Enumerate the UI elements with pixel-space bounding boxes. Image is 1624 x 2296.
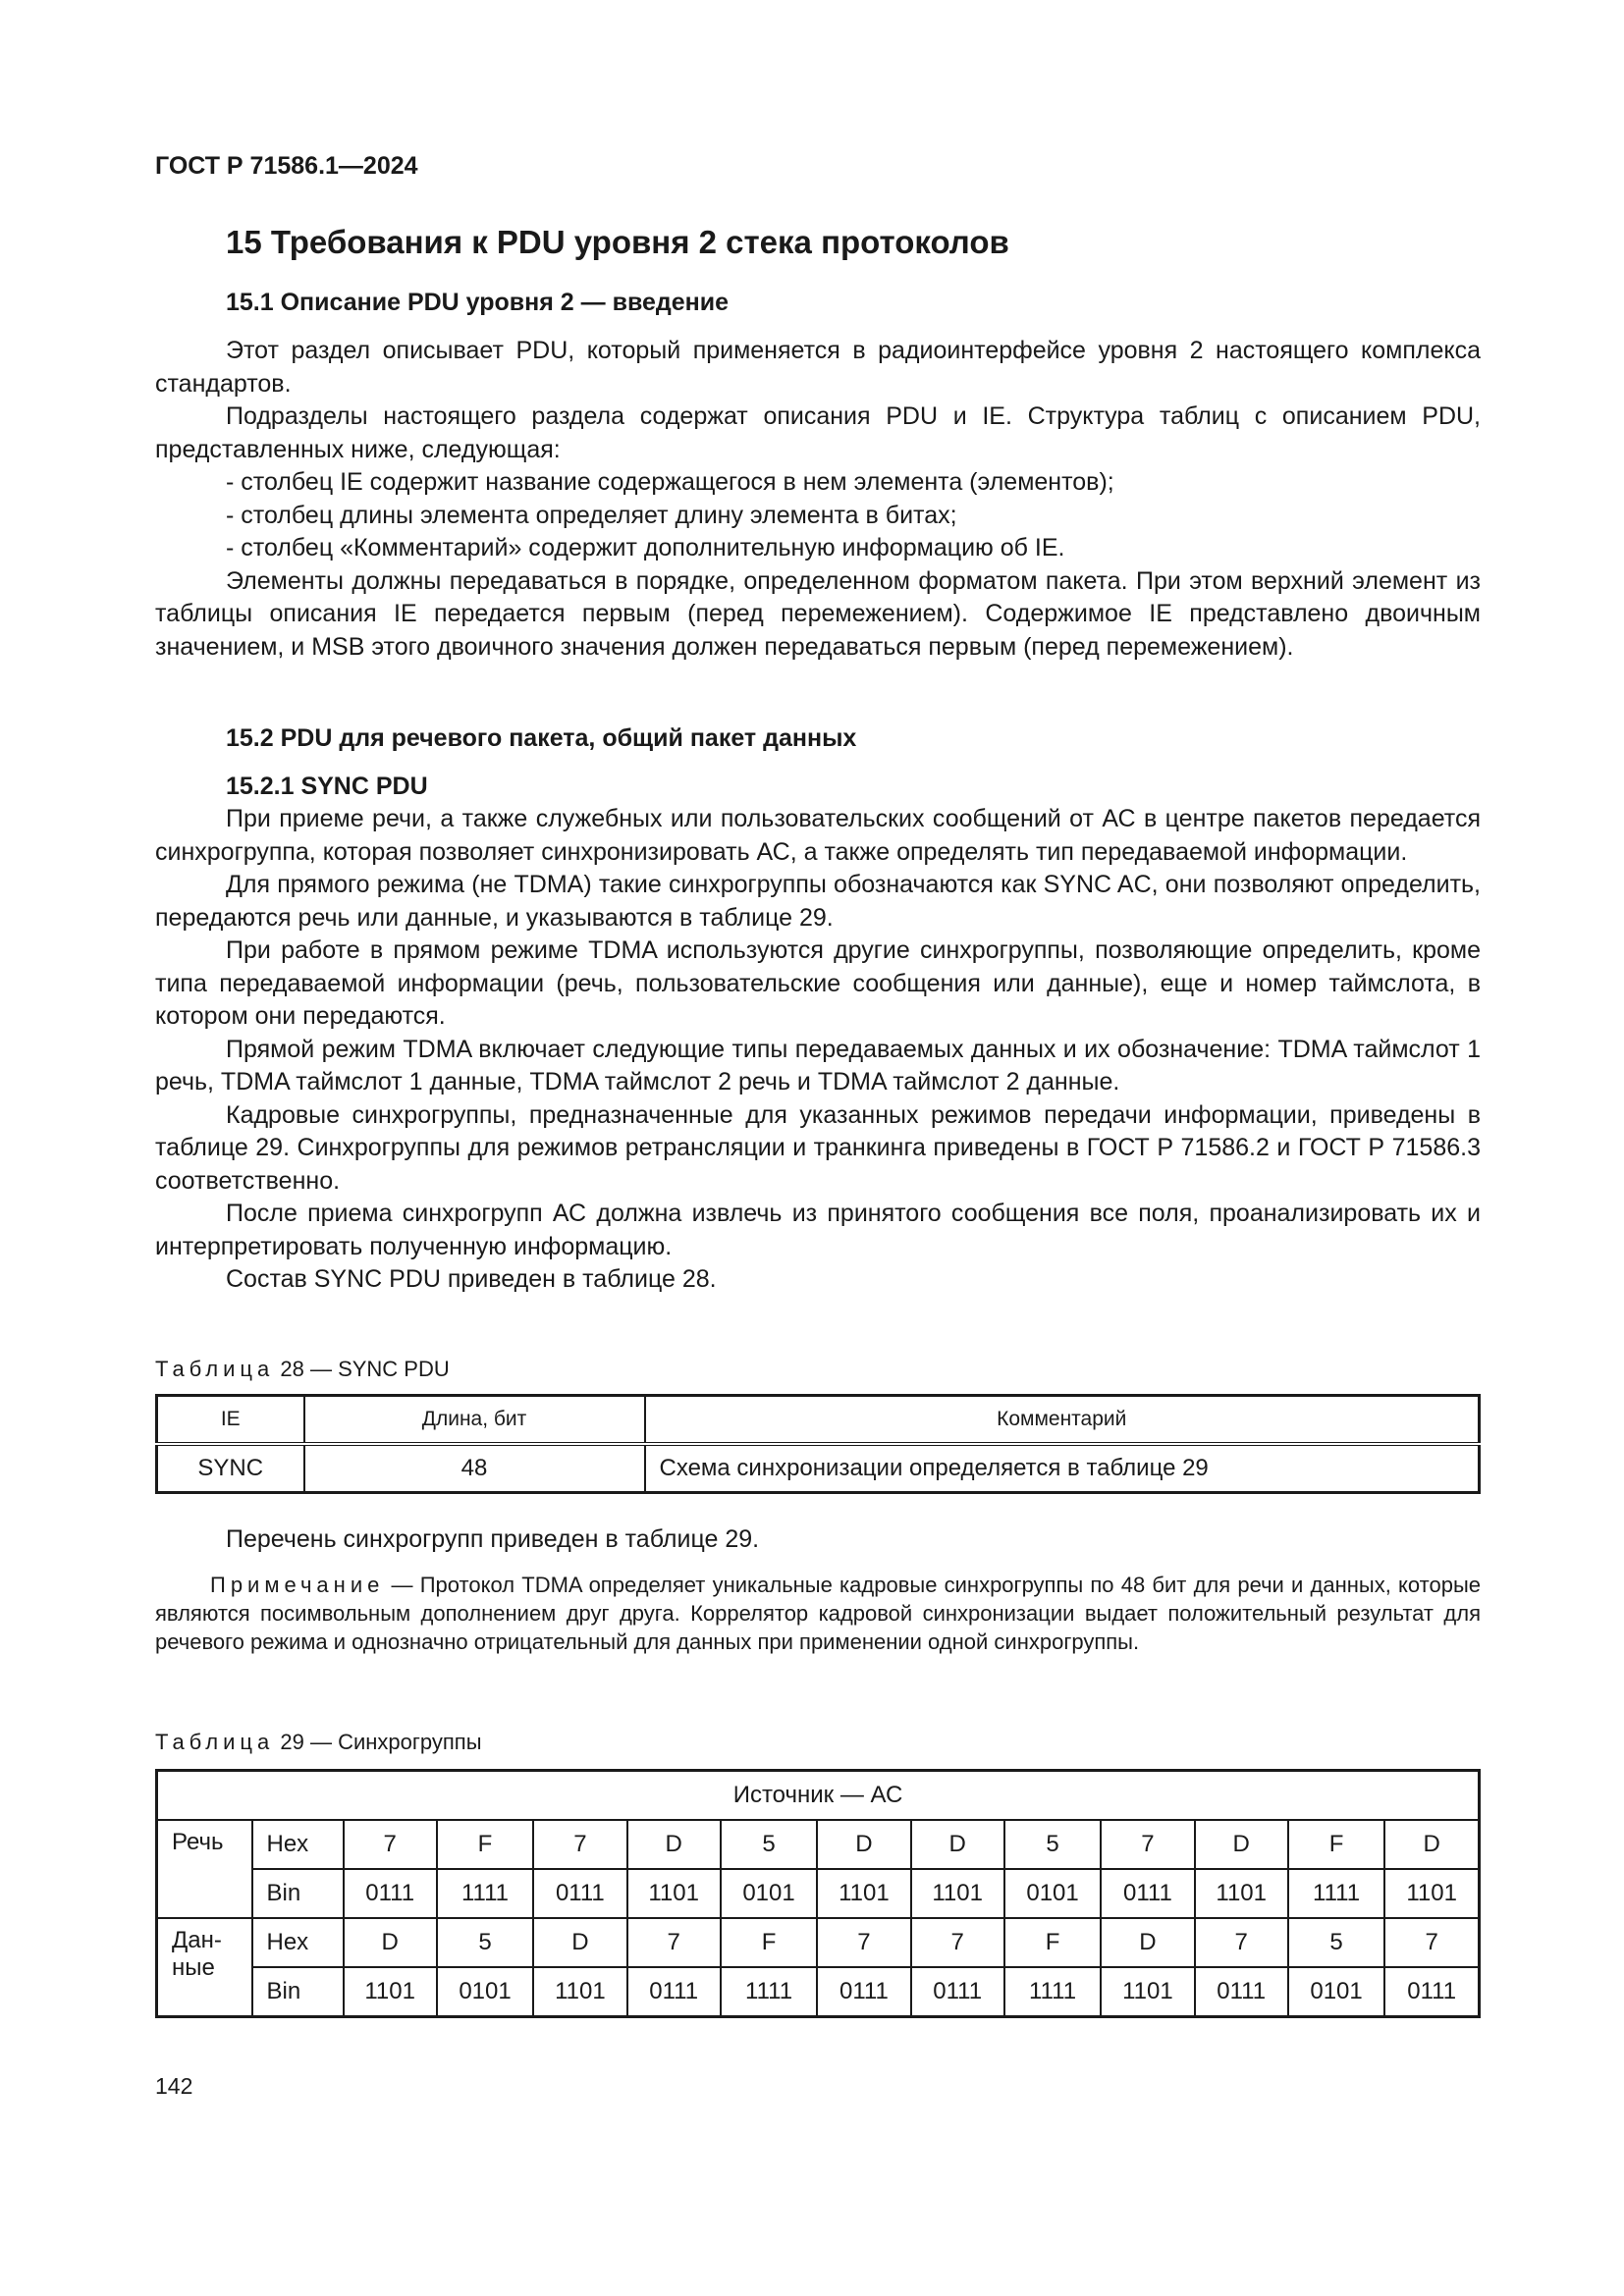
paragraph: Кадровые синхрогруппы, предназначенные д… [155, 1099, 1481, 1199]
hex-cell: F [1004, 1918, 1101, 1967]
hex-cell: F [721, 1918, 817, 1967]
paragraph: Подразделы настоящего раздела содержат о… [155, 400, 1481, 466]
paragraph: Состав SYNC PDU приведен в таблице 28. [155, 1263, 1481, 1297]
bin-cell: 1111 [1288, 1869, 1384, 1918]
list-item: - столбец длины элемента определяет длин… [155, 500, 1481, 533]
bin-cell: 1101 [533, 1967, 626, 2017]
bin-cell: 0111 [344, 1869, 437, 1918]
bin-cell: 0101 [1288, 1967, 1384, 2017]
table-28-caption: Таблица 28 — SYNC PDU [155, 1357, 450, 1382]
hex-cell: D [817, 1820, 910, 1869]
source-header: Источник — АС [157, 1771, 1480, 1821]
hex-cell: D [344, 1918, 437, 1967]
table-row: Bin1101010111010111111101110111111111010… [157, 1967, 1480, 2017]
column-header: Комментарий [645, 1396, 1480, 1445]
bin-label: Bin [252, 1967, 344, 2017]
hex-label: Hex [252, 1918, 344, 1967]
bin-cell: 1101 [817, 1869, 910, 1918]
bin-cell: 0111 [817, 1967, 910, 2017]
bin-cell: 0111 [627, 1967, 721, 2017]
table-29-caption: Таблица 29 — Синхрогруппы [155, 1730, 482, 1755]
hex-cell: D [533, 1918, 626, 1967]
table-cell: SYNC [157, 1444, 304, 1493]
bin-cell: 1111 [1004, 1967, 1101, 2017]
hex-cell: 7 [533, 1820, 626, 1869]
bin-cell: 0111 [1101, 1869, 1194, 1918]
hex-cell: D [911, 1820, 1004, 1869]
bin-cell: 1101 [627, 1869, 721, 1918]
bin-cell: 1111 [437, 1869, 533, 1918]
table-row: SYNC 48 Схема синхронизации определяется… [157, 1444, 1480, 1493]
paragraph: Прямой режим TDMA включает следующие тип… [155, 1034, 1481, 1099]
bin-cell: 0111 [533, 1869, 626, 1918]
hex-cell: 7 [1195, 1918, 1288, 1967]
after-table-28-text: Перечень синхрогрупп приведен в таблице … [155, 1523, 1481, 1557]
table-row: Bin0111111101111101010111011101010101111… [157, 1869, 1480, 1918]
column-header: Длина, бит [304, 1396, 645, 1445]
subsection-title-15-2-1: 15.2.1 SYNC PDU [226, 773, 428, 801]
table-row: Дан-ныеHexD5D7F77FD757 [157, 1918, 1480, 1967]
hex-cell: F [1288, 1820, 1384, 1869]
subsection-title-15-1: 15.1 Описание PDU уровня 2 — введение [226, 289, 729, 317]
hex-cell: 5 [437, 1918, 533, 1967]
paragraph: Этот раздел описывает PDU, который приме… [155, 335, 1481, 400]
list-item: - столбец IE содержит название содержаще… [155, 466, 1481, 500]
bin-cell: 0111 [1195, 1967, 1288, 2017]
bin-cell: 0111 [1384, 1967, 1479, 2017]
hex-cell: D [1195, 1820, 1288, 1869]
document-id: ГОСТ Р 71586.1—2024 [155, 152, 418, 181]
hex-cell: D [1384, 1820, 1479, 1869]
table-cell: 48 [304, 1444, 645, 1493]
list-item: - столбец «Комментарий» содержит дополни… [155, 532, 1481, 565]
hex-label: Hex [252, 1820, 344, 1869]
hex-cell: D [627, 1820, 721, 1869]
hex-cell: 7 [911, 1918, 1004, 1967]
section-15-1-body: Этот раздел описывает PDU, который приме… [155, 335, 1481, 664]
hex-cell: F [437, 1820, 533, 1869]
page-number: 142 [155, 2073, 192, 2100]
hex-cell: 7 [817, 1918, 910, 1967]
hex-cell: 7 [1101, 1820, 1194, 1869]
table-row: РечьHex7F7D5DD57DFD [157, 1820, 1480, 1869]
bin-cell: 1101 [911, 1869, 1004, 1918]
paragraph: Элементы должны передаваться в порядке, … [155, 565, 1481, 665]
column-header: IE [157, 1396, 304, 1445]
hex-cell: 5 [1288, 1918, 1384, 1967]
bin-cell: 0101 [437, 1967, 533, 2017]
bin-cell: 1101 [1384, 1869, 1479, 1918]
hex-cell: 5 [1004, 1820, 1101, 1869]
bin-cell: 1101 [1195, 1869, 1288, 1918]
bin-cell: 0101 [1004, 1869, 1101, 1918]
bin-cell: 0111 [911, 1967, 1004, 2017]
hex-cell: 7 [627, 1918, 721, 1967]
hex-cell: 7 [344, 1820, 437, 1869]
table-header-row: Источник — АС [157, 1771, 1480, 1821]
subsection-title-15-2: 15.2 PDU для речевого пакета, общий паке… [226, 724, 856, 753]
table-cell: Схема синхронизации определяется в табли… [645, 1444, 1480, 1493]
paragraph: При приеме речи, а также служебных или п… [155, 803, 1481, 869]
hex-cell: D [1101, 1918, 1194, 1967]
note-label: Примечание [210, 1573, 384, 1597]
group-label: Речь [157, 1820, 252, 1918]
bin-cell: 0101 [721, 1869, 817, 1918]
group-label: Дан-ные [157, 1918, 252, 2017]
section-title: 15 Требования к PDU уровня 2 стека прото… [226, 224, 1009, 261]
paragraph: После приема синхрогрупп АС должна извле… [155, 1198, 1481, 1263]
paragraph: При работе в прямом режиме TDMA использу… [155, 934, 1481, 1034]
bin-cell: 1101 [1101, 1967, 1194, 2017]
hex-cell: 5 [721, 1820, 817, 1869]
table-28: IE Длина, бит Комментарий SYNC 48 Схема … [155, 1394, 1481, 1494]
hex-cell: 7 [1384, 1918, 1479, 1967]
bin-label: Bin [252, 1869, 344, 1918]
paragraph: Для прямого режима (не TDMA) такие синхр… [155, 869, 1481, 934]
section-15-2-1-body: При приеме речи, а также служебных или п… [155, 803, 1481, 1297]
bin-cell: 1111 [721, 1967, 817, 2017]
note: Примечание — Протокол TDMA определяет ун… [155, 1571, 1481, 1656]
bin-cell: 1101 [344, 1967, 437, 2017]
table-header-row: IE Длина, бит Комментарий [157, 1396, 1480, 1445]
table-29: Источник — АС РечьHex7F7D5DD57DFDBin0111… [155, 1769, 1481, 2018]
